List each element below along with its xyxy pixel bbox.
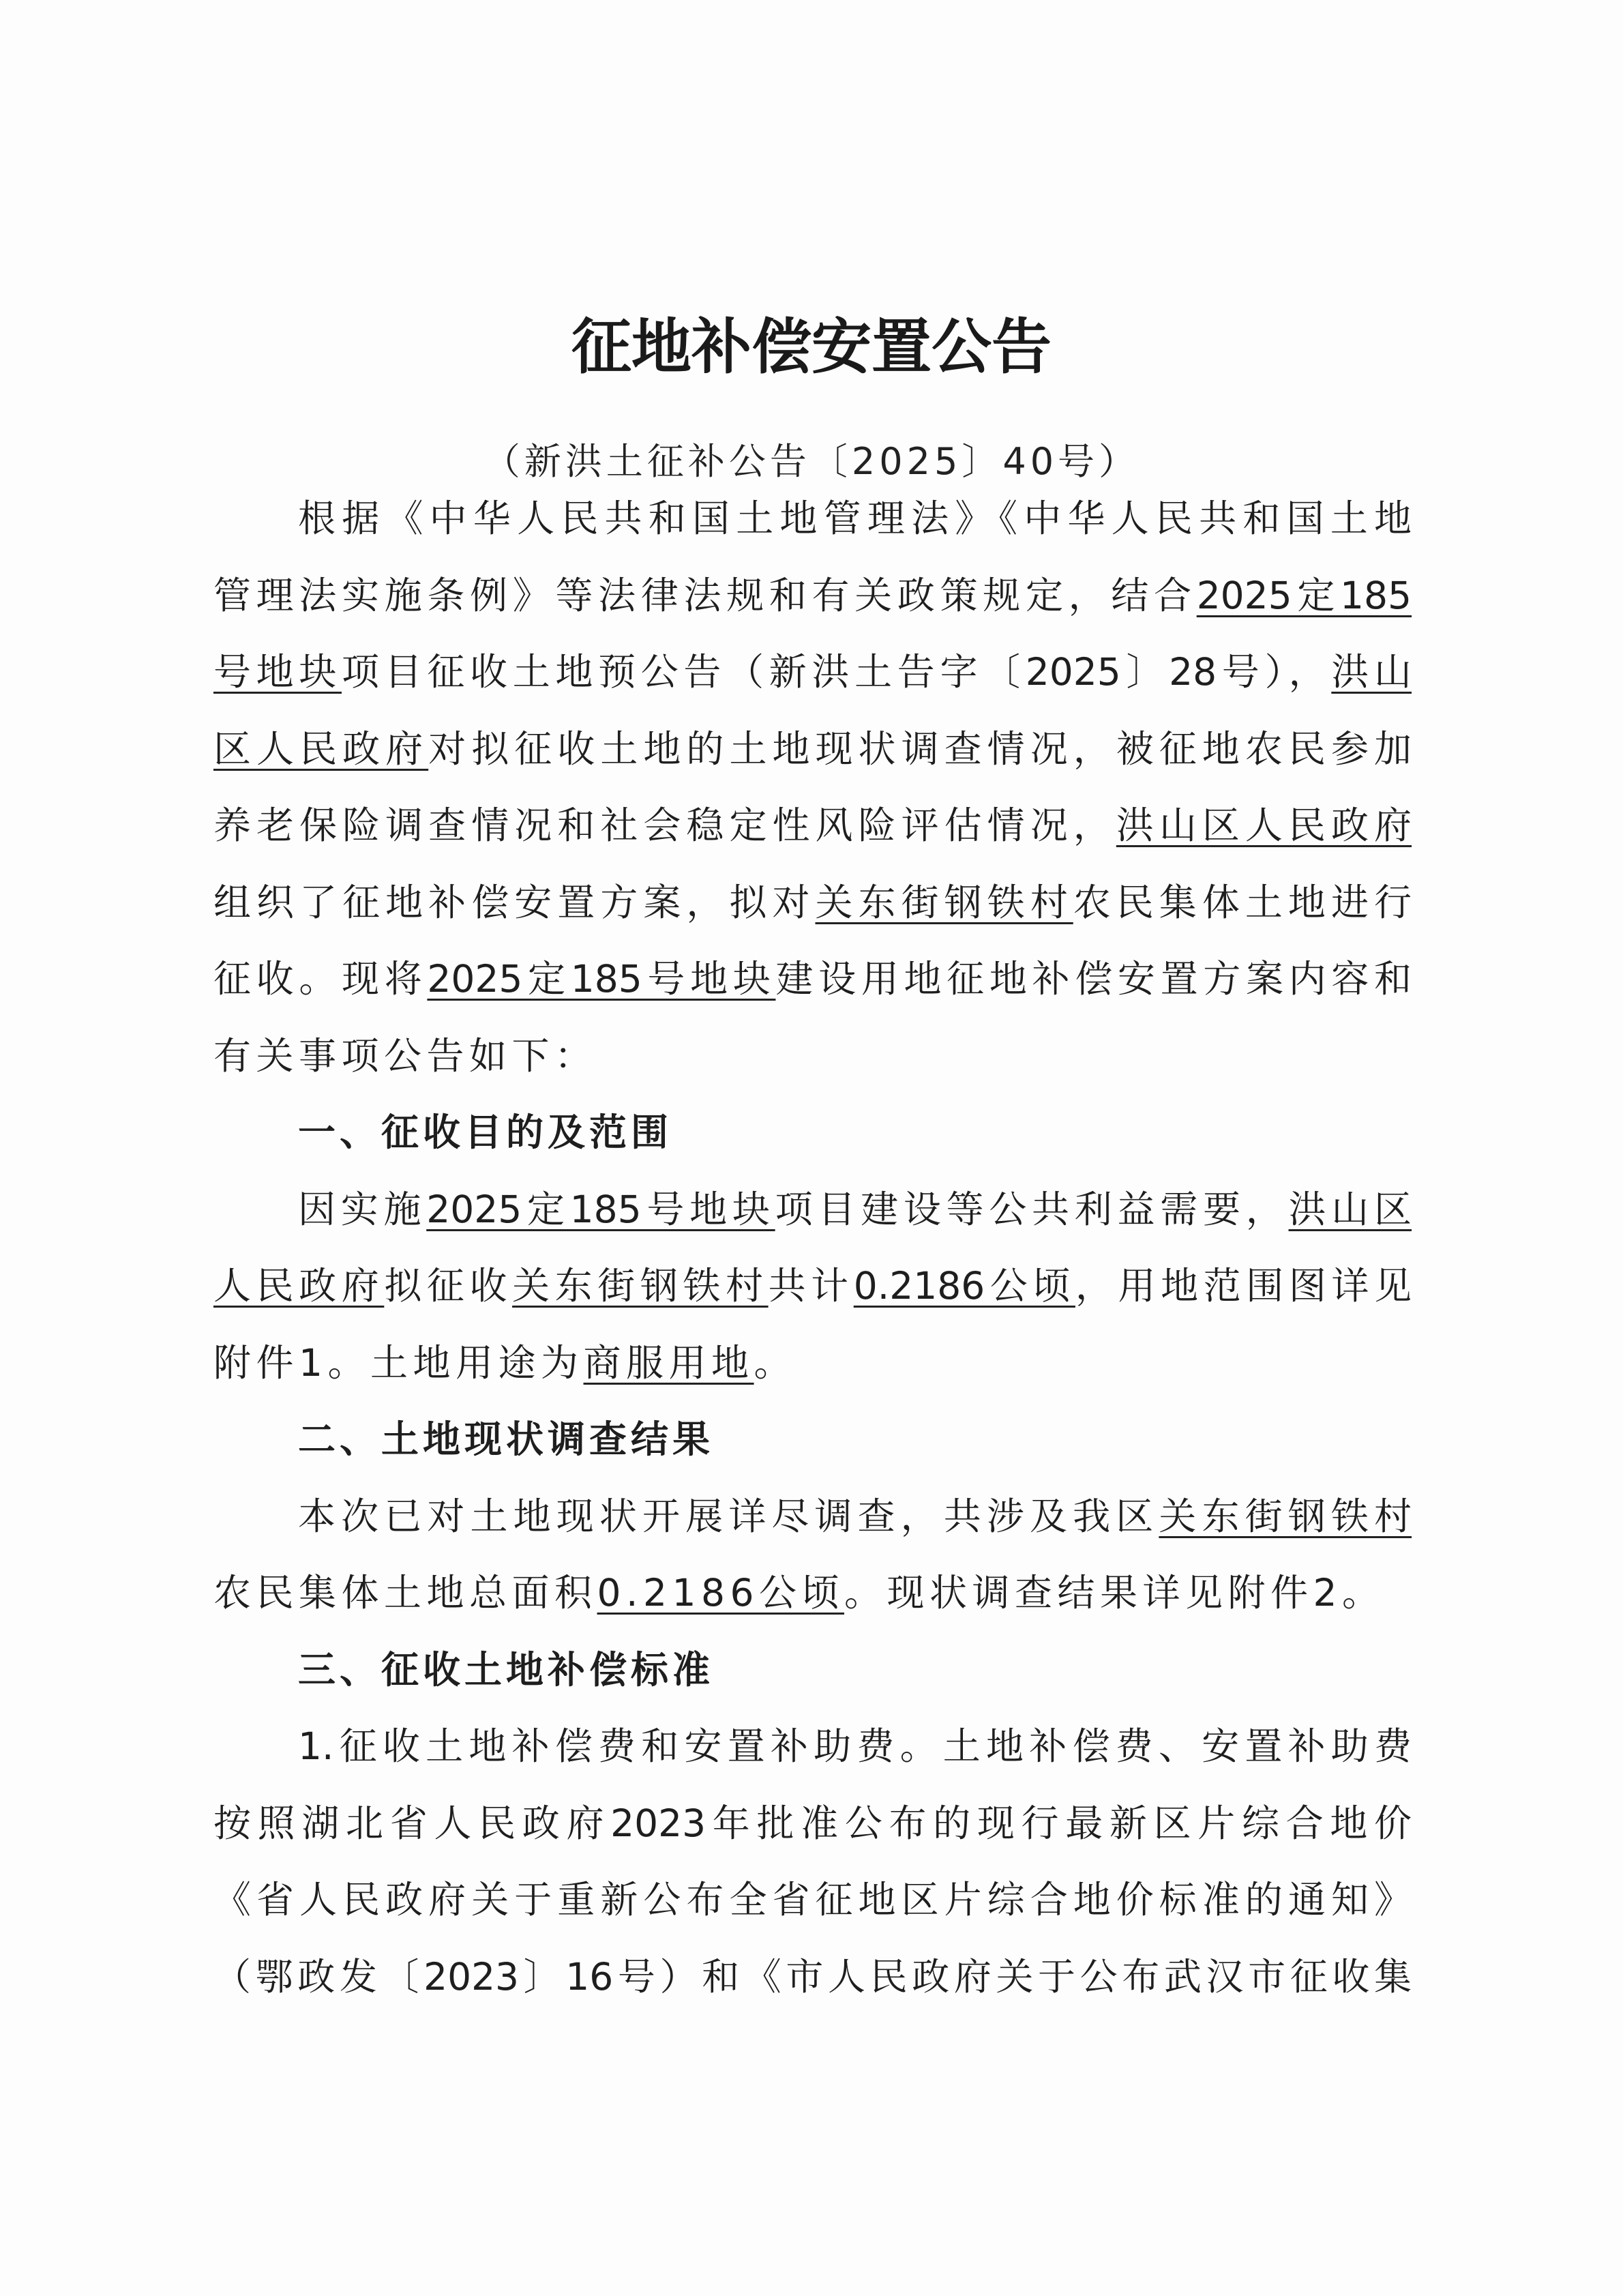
text-segment: 一、征收目的及范围 bbox=[298, 1110, 672, 1154]
text-segment: ，用地范围图详见 bbox=[1075, 1264, 1412, 1308]
document-page: 征地补偿安置公告 （新洪土征补公告〔2025〕40号） 根据《中华人民共和国土地… bbox=[0, 0, 1623, 2296]
underlined-fill-in: 2025定185 bbox=[1197, 574, 1412, 617]
text-segment: 养老保险调查情况和社会稳定性风险评估情况， bbox=[213, 804, 1116, 847]
underlined-fill-in: 商服用地 bbox=[584, 1341, 754, 1385]
text-line: 本次已对土地现状开展详尽调查，共涉及我区关东街钢铁村 bbox=[213, 1488, 1412, 1565]
text-segment: 管理法实施条例》等法律法规和有关政策规定，结合 bbox=[213, 574, 1197, 617]
document-number: （新洪土征补公告〔2025〕40号） bbox=[0, 431, 1623, 492]
underlined-fill-in: 关东街钢铁村 bbox=[816, 881, 1073, 924]
text-line: 组织了征地补偿安置方案，拟对关东街钢铁村农民集体土地进行 bbox=[213, 874, 1412, 951]
underlined-fill-in: 区人民政府 bbox=[213, 727, 428, 771]
underlined-fill-in: 关东街钢铁村 bbox=[1159, 1495, 1412, 1538]
text-line: 农民集体土地总面积0.2186公顷。现状调查结果详见附件2。 bbox=[213, 1564, 1412, 1641]
underlined-fill-in: 关东街钢铁村 bbox=[512, 1264, 768, 1308]
text-segment: 农民集体土地进行 bbox=[1073, 881, 1412, 924]
text-segment: 。现状调查结果详见附件2。 bbox=[844, 1571, 1385, 1615]
text-segment: 建设用地征地补偿安置方案内容和 bbox=[775, 957, 1412, 1001]
text-line: （鄂政发〔2023〕16号）和《市人民政府关于公布武汉市征收集 bbox=[213, 1948, 1412, 2025]
text-line: 附件1。土地用途为商服用地。 bbox=[213, 1334, 1412, 1411]
text-line: 管理法实施条例》等法律法规和有关政策规定，结合2025定185 bbox=[213, 567, 1412, 644]
underlined-fill-in: 0.2186公顷 bbox=[597, 1571, 844, 1615]
underlined-fill-in: 洪山区人民政府 bbox=[1116, 804, 1412, 847]
text-segment: 《省人民政府关于重新公布全省征地区片综合地价标准的通知》 bbox=[213, 1878, 1412, 1922]
section-heading: 三、征收土地补偿标准 bbox=[213, 1641, 1412, 1718]
underlined-fill-in: 号地块 bbox=[213, 650, 342, 694]
text-segment: 对拟征收土地的土地现状调查情况，被征地农民参加 bbox=[428, 727, 1412, 771]
text-segment: （鄂政发〔2023〕16号）和《市人民政府关于公布武汉市征收集 bbox=[213, 1955, 1412, 1999]
text-segment: 因实施 bbox=[298, 1188, 426, 1231]
text-line: 1.征收土地补偿费和安置补助费。土地补偿费、安置补助费 bbox=[213, 1718, 1412, 1795]
text-line: 因实施2025定185号地块项目建设等公共利益需要，洪山区 bbox=[213, 1181, 1412, 1258]
underlined-fill-in: 人民政府 bbox=[213, 1264, 384, 1308]
text-line: 号地块项目征收土地预公告（新洪土告字〔2025〕28号），洪山 bbox=[213, 643, 1412, 720]
section-heading: 一、征收目的及范围 bbox=[213, 1104, 1412, 1181]
text-segment: 本次已对土地现状开展详尽调查，共涉及我区 bbox=[298, 1495, 1159, 1538]
text-line: 养老保险调查情况和社会稳定性风险评估情况，洪山区人民政府 bbox=[213, 797, 1412, 874]
underlined-fill-in: 洪山 bbox=[1331, 650, 1412, 694]
underlined-fill-in: 0.2186公顷 bbox=[854, 1264, 1075, 1308]
text-segment: 有关事项公告如下： bbox=[213, 1034, 597, 1078]
text-line: 人民政府拟征收关东街钢铁村共计0.2186公顷，用地范围图详见 bbox=[213, 1257, 1412, 1334]
text-segment: 三、征收土地补偿标准 bbox=[298, 1648, 714, 1692]
section-heading: 二、土地现状调查结果 bbox=[213, 1411, 1412, 1488]
text-segment: 组织了征地补偿安置方案，拟对 bbox=[213, 881, 816, 924]
text-line: 根据《中华人民共和国土地管理法》《中华人民共和国土地 bbox=[213, 490, 1412, 567]
underlined-fill-in: 2025定185号地块 bbox=[427, 957, 775, 1001]
underlined-fill-in: 2025定185号地块 bbox=[426, 1188, 775, 1231]
text-segment: 项目征收土地预公告（新洪土告字〔2025〕28号）， bbox=[342, 650, 1331, 694]
text-line: 有关事项公告如下： bbox=[213, 1027, 1412, 1104]
text-segment: 按照湖北省人民政府2023年批准公布的现行最新区片综合地价 bbox=[213, 1801, 1412, 1845]
text-segment: 二、土地现状调查结果 bbox=[298, 1417, 714, 1461]
text-line: 按照湖北省人民政府2023年批准公布的现行最新区片综合地价 bbox=[213, 1795, 1412, 1872]
text-segment: 1.征收土地补偿费和安置补助费。土地补偿费、安置补助费 bbox=[298, 1724, 1412, 1768]
text-segment: 征收。现将 bbox=[213, 957, 427, 1001]
document-body: 根据《中华人民共和国土地管理法》《中华人民共和国土地管理法实施条例》等法律法规和… bbox=[213, 490, 1412, 2025]
text-line: 征收。现将2025定185号地块建设用地征地补偿安置方案内容和 bbox=[213, 950, 1412, 1027]
underlined-fill-in: 洪山区 bbox=[1289, 1188, 1412, 1231]
text-segment: 附件1。土地用途为 bbox=[213, 1341, 584, 1385]
text-segment: 项目建设等公共利益需要， bbox=[775, 1188, 1289, 1231]
text-segment: 根据《中华人民共和国土地管理法》《中华人民共和国土地 bbox=[298, 497, 1412, 540]
text-segment: 。 bbox=[754, 1341, 797, 1385]
text-line: 《省人民政府关于重新公布全省征地区片综合地价标准的通知》 bbox=[213, 1871, 1412, 1948]
text-segment: 农民集体土地总面积 bbox=[213, 1571, 597, 1615]
text-line: 区人民政府对拟征收土地的土地现状调查情况，被征地农民参加 bbox=[213, 720, 1412, 797]
document-title: 征地补偿安置公告 bbox=[0, 299, 1623, 394]
text-segment: 共计 bbox=[769, 1264, 854, 1308]
text-segment: 拟征收 bbox=[384, 1264, 512, 1308]
